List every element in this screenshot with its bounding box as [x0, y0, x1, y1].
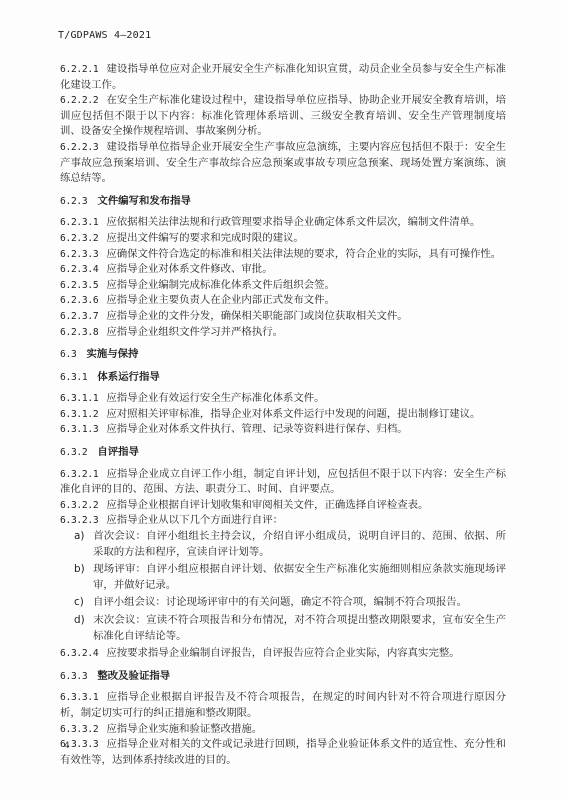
list-label: a): [74, 529, 93, 545]
list-item: b)现场评审：自评小组应根据自评计划、依据安全生产标准化实施细则相应条款实施现场…: [60, 562, 506, 593]
clause-text: 现场评审：自评小组应根据自评计划、依据安全生产标准化实施细则相应条款实施现场评审…: [93, 563, 506, 591]
clause-paragraph: 6.3.2.4应按要求指导企业编制自评报告，自评报告应符合企业实际，内容真实完整…: [60, 646, 506, 662]
clause-number: 6.2.2.1: [60, 64, 98, 75]
clause-text: 应指导企业根据自评报告及不符合项报告，在规定的时间内针对不符合项进行原因分析，制…: [60, 691, 506, 719]
clause-text: 建设指导单位应对企业开展安全生产标准化知识宣贯，动员企业全员参与安全生产标准化建…: [60, 63, 506, 91]
clause-text: 应指导企业从以下几个方面进行自评：: [106, 514, 283, 526]
clause-text: 应指导企业编制完成标准化体系文件后组织会签。: [106, 279, 335, 291]
clause-number: 6.3.3.2: [60, 724, 98, 735]
clause-text: 应指导企业根据自评计划收集和审阅相关文件，正确选择自评检查表。: [106, 499, 428, 511]
clause-paragraph: 6.2.3.1应依据相关法律法规和行政管理要求指导企业确定体系文件层次，编制文件…: [60, 215, 506, 231]
clause-number: 6.2.3.2: [60, 233, 98, 244]
clause-paragraph: 6.2.2.3建设指导单位指导企业开展安全生产事故应急演练，主要内容应包括但不限…: [60, 140, 506, 187]
clause-number: 6.3.1.3: [60, 424, 98, 435]
document-page: T/GDPAWS 4—2021 6.2.2.1建设指导单位应对企业开展安全生产标…: [0, 0, 561, 800]
clause-paragraph: 6.2.3.5应指导企业编制完成标准化体系文件后组织会签。: [60, 278, 506, 294]
clause-number: 6.2.3.6: [60, 295, 98, 306]
heading-text: 实施与保持: [86, 348, 138, 360]
clause-paragraph: 6.3.2.2应指导企业根据自评计划收集和审阅相关文件，正确选择自评检查表。: [60, 498, 506, 514]
clause-text: 应指导企业组织文件学习并严格执行。: [106, 326, 283, 338]
clause-text: 应提出文件编写的要求和完成时限的建议。: [106, 232, 303, 244]
list-label: d): [74, 613, 93, 629]
clause-paragraph: 6.2.3.8应指导企业组织文件学习并严格执行。: [60, 325, 506, 341]
page-number: 4: [64, 741, 70, 751]
clause-number: 6.3.1.1: [60, 393, 98, 404]
clause-paragraph: 6.3.3.2应指导企业实施和验证整改措施。: [60, 722, 506, 738]
heading-text: 整改及验证指导: [97, 670, 170, 682]
clause-text: 在安全生产标准化建设过程中，建设指导单位应指导、协助企业开展安全教育培训，培训应…: [60, 94, 506, 137]
clause-text: 建设指导单位指导企业开展安全生产事故应急演练，主要内容应包括但不限于：安全生产事…: [60, 141, 506, 184]
clause-number: 6.3.2.3: [60, 515, 98, 526]
clause-number: 6.3.1.2: [60, 409, 98, 420]
clause-text: 自评小组会议：讨论现场评审中的有关问题，确定不符合项，编制不符合项报告。: [93, 596, 467, 608]
heading-text: 体系运行指导: [97, 371, 159, 383]
document-body: 6.2.2.1建设指导单位应对企业开展安全生产标准化知识宣贯，动员企业全员参与安…: [60, 62, 506, 768]
clause-number: 6.2.3.1: [60, 217, 98, 228]
clause-text: 应指导企业对体系文件执行、管理、记录等资料进行保存、归档。: [106, 423, 407, 435]
clause-text: 应指导企业有效运行安全生产标准化体系文件。: [106, 392, 324, 404]
clause-paragraph: 6.3.1.3应指导企业对体系文件执行、管理、记录等资料进行保存、归档。: [60, 422, 506, 438]
clause-paragraph: 6.2.3.4应指导企业对体系文件修改、审批。: [60, 262, 506, 278]
clause-text: 应指导企业对体系文件修改、审批。: [106, 263, 272, 275]
clause-text: 应指导企业的文件分发，确保相关职能部门或岗位获取相关文件。: [106, 310, 407, 322]
section-heading: 6.3.1体系运行指导: [60, 370, 506, 386]
section-heading: 6.3实施与保持: [60, 347, 506, 363]
list-item: d)末次会议：宣读不符合项报告和分布情况，对不符合项提出整改期限要求，宣布安全生…: [60, 613, 506, 644]
clause-number: 6.3.1: [60, 372, 87, 383]
clause-text: 应按要求指导企业编制自评报告，自评报告应符合企业实际，内容真实完整。: [106, 647, 459, 659]
clause-paragraph: 6.3.3.3应指导企业对相关的文件或记录进行回顾，指导企业验证体系文件的适宜性…: [60, 737, 506, 768]
document-code-header: T/GDPAWS 4—2021: [58, 30, 151, 41]
clause-number: 6.2.2.2: [60, 95, 98, 106]
clause-text: 应依据相关法律法规和行政管理要求指导企业确定体系文件层次，编制文件清单。: [106, 216, 480, 228]
clause-paragraph: 6.2.3.2应提出文件编写的要求和完成时限的建议。: [60, 231, 506, 247]
list-item: a)首次会议：自评小组组长主持会议，介绍自评小组成员，说明自评目的、范围、依据、…: [60, 529, 506, 560]
section-heading: 6.3.2自评指导: [60, 445, 506, 461]
clause-text: 应确保文件符合选定的标准和相关法律法规的要求，符合企业的实际，具有可操作性。: [106, 248, 501, 260]
clause-number: 6.3.2.4: [60, 648, 98, 659]
list-item: c)自评小组会议：讨论现场评审中的有关问题，确定不符合项，编制不符合项报告。: [60, 595, 506, 611]
clause-number: 6.2.3.3: [60, 249, 98, 260]
clause-number: 6.2.3.5: [60, 280, 98, 291]
clause-number: 6.2.3.7: [60, 311, 98, 322]
clause-number: 6.2.3.8: [60, 327, 98, 338]
section-heading: 6.2.3文件编写和发布指导: [60, 194, 506, 210]
clause-paragraph: 6.2.3.7应指导企业的文件分发，确保相关职能部门或岗位获取相关文件。: [60, 309, 506, 325]
clause-paragraph: 6.3.1.2应对照相关评审标准，指导企业对体系文件运行中发现的问题，提出制修订…: [60, 407, 506, 423]
clause-text: 应指导企业实施和验证整改措施。: [106, 723, 262, 735]
clause-paragraph: 6.2.3.6应指导企业主要负责人在企业内部正式发布文件。: [60, 293, 506, 309]
section-heading: 6.3.3整改及验证指导: [60, 669, 506, 685]
clause-text: 首次会议：自评小组组长主持会议，介绍自评小组成员，说明自评目的、范围、依据、所采…: [93, 530, 506, 558]
clause-paragraph: 6.3.2.3应指导企业从以下几个方面进行自评：: [60, 513, 506, 529]
clause-number: 6.3.2.2: [60, 500, 98, 511]
clause-paragraph: 6.3.3.1应指导企业根据自评报告及不符合项报告，在规定的时间内针对不符合项进…: [60, 690, 506, 721]
clause-paragraph: 6.3.2.1应指导企业成立自评工作小组，制定自评计划，应包括但不限于以下内容：…: [60, 467, 506, 498]
clause-number: 6.3.3: [60, 671, 87, 682]
clause-number: 6.2.2.3: [60, 142, 98, 153]
list-label: c): [74, 595, 93, 611]
clause-paragraph: 6.2.2.2在安全生产标准化建设过程中，建设指导单位应指导、协助企业开展安全教…: [60, 93, 506, 140]
list-label: b): [74, 562, 93, 578]
clause-number: 6.3.3.1: [60, 692, 98, 703]
clause-text: 应对照相关评审标准，指导企业对体系文件运行中发现的问题，提出制修订建议。: [106, 408, 480, 420]
clause-text: 应指导企业主要负责人在企业内部正式发布文件。: [106, 294, 335, 306]
clause-paragraph: 6.3.1.1应指导企业有效运行安全生产标准化体系文件。: [60, 391, 506, 407]
heading-text: 自评指导: [97, 446, 139, 458]
clause-paragraph: 6.2.3.3应确保文件符合选定的标准和相关法律法规的要求，符合企业的实际，具有…: [60, 247, 506, 263]
clause-number: 6.2.3: [60, 196, 87, 207]
clause-number: 6.3: [60, 349, 76, 360]
clause-number: 6.2.3.4: [60, 264, 98, 275]
clause-number: 6.3.2.1: [60, 469, 98, 480]
clause-text: 末次会议：宣读不符合项报告和分布情况，对不符合项提出整改期限要求，宣布安全生产标…: [93, 614, 506, 642]
clause-paragraph: 6.2.2.1建设指导单位应对企业开展安全生产标准化知识宣贯，动员企业全员参与安…: [60, 62, 506, 93]
clause-number: 6.3.2: [60, 447, 87, 458]
clause-text: 应指导企业对相关的文件或记录进行回顾，指导企业验证体系文件的适宜性、充分性和有效…: [60, 738, 506, 766]
heading-text: 文件编写和发布指导: [97, 195, 191, 207]
clause-text: 应指导企业成立自评工作小组，制定自评计划，应包括但不限于以下内容：安全生产标准化…: [60, 468, 506, 496]
